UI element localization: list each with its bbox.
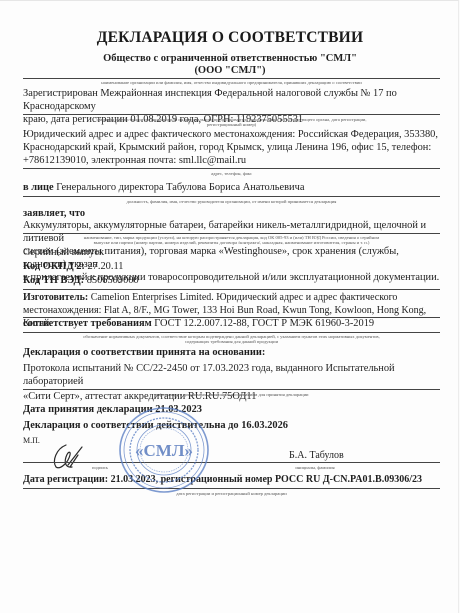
caption-line: выпуске или партии (номер партии, номера… [23, 240, 440, 245]
organization-name: Общество с ограниченной ответственностью… [0, 53, 460, 77]
organization-caption: наименование организации или фамилия, им… [23, 80, 440, 85]
divider [23, 78, 440, 79]
manufacturer-label: Изготовитель: [23, 292, 88, 303]
registration-caption: сведения о регистрации организации или и… [23, 117, 440, 128]
caption-line: регистрационный номер) [23, 122, 440, 127]
okpd-label: Код ОКПД 2: [23, 261, 85, 272]
svg-text:«СМЛ»: «СМЛ» [135, 441, 193, 460]
declaration-page: ДЕКЛАРАЦИЯ О СООТВЕТСТВИИ Общество с огр… [0, 0, 459, 613]
signer-caption: инициалы, фамилия [285, 465, 345, 470]
divider [23, 332, 440, 333]
divider [23, 168, 440, 169]
registration-line: Зарегистрирован Межрайонная инспекция Фе… [23, 87, 443, 113]
acceptance-date: Дата принятия декларации 21.03.2023 [23, 403, 443, 416]
validity: Декларация о соответствии действительна … [23, 419, 443, 432]
manufacturer-line: Camelion Enterprises Limited. Юридически… [91, 292, 398, 303]
okpd-value: 27.20.11 [87, 261, 123, 272]
address-caption: адрес, телефон, факс [23, 171, 440, 176]
basis-caption: информация о документах, являющихся осно… [23, 392, 440, 397]
divider [23, 114, 440, 115]
divider [23, 233, 440, 234]
address-info: Юридический адрес и адрес фактического м… [23, 128, 443, 167]
signer-name: Б.А. Табулов [289, 449, 409, 462]
represented-by: в лице Генерального директора Табулова Б… [23, 181, 443, 194]
serial-production: Серийный выпуск [23, 246, 443, 259]
basis-line: Протокола испытаний № СС/22-2450 от 17.0… [23, 362, 443, 388]
tnved-label: Код ТН ВЭД: [23, 275, 84, 286]
registration-footer-caption: дата регистрации и регистрационный номер… [23, 491, 440, 496]
represented-label: в лице [23, 182, 54, 193]
registration-number: РОСС RU Д-CN.PA01.B.09306/23 [275, 474, 422, 485]
divider [23, 289, 440, 290]
represented-value: Генерального директора Табулова Бориса А… [56, 182, 304, 193]
address-line: Юридический адрес и адрес фактического м… [23, 128, 443, 141]
compliance: соответствует требованиям ГОСТ 12.2.007.… [23, 317, 443, 330]
divider [23, 389, 440, 390]
tnved-value: 8506509000 [87, 275, 139, 286]
registration-footer: Дата регистрации: 21.03.2023, регистраци… [23, 473, 443, 486]
organization-short-name: (ООО "СМЛ") [0, 65, 460, 77]
basis-label: Декларация о соответствии принята на осн… [23, 346, 443, 359]
caption-line: содержащих требования для данной продукц… [23, 339, 440, 344]
divider [23, 196, 440, 197]
tnved-code: Код ТН ВЭД: 8506509000 [23, 274, 443, 287]
represented-caption: должность, фамилия, имя, отчество руково… [23, 199, 440, 204]
organization-full-name: Общество с ограниченной ответственностью… [0, 53, 460, 65]
divider [23, 488, 440, 489]
okpd-code: Код ОКПД 2: 27.20.11 [23, 260, 443, 273]
validity-date: 16.03.2026 [241, 420, 288, 431]
compliance-standards: ГОСТ 12.2.007.12-88, ГОСТ Р МЭК 61960-3-… [154, 318, 374, 329]
company-stamp-icon: «СМЛ» [118, 406, 210, 494]
signature-line [23, 462, 440, 463]
compliance-caption: обозначение нормативных документов, соот… [23, 334, 440, 345]
product-caption: наименование, тип, марка продукции (услу… [23, 235, 440, 246]
address-line: +78612139010, электронная почта: sml.llc… [23, 154, 443, 167]
compliance-label: соответствует требованиям [23, 318, 152, 329]
document-title: ДЕКЛАРАЦИЯ О СООТВЕТСТВИИ [0, 29, 460, 47]
address-line: Краснодарский край, Крымский район, горо… [23, 141, 443, 154]
